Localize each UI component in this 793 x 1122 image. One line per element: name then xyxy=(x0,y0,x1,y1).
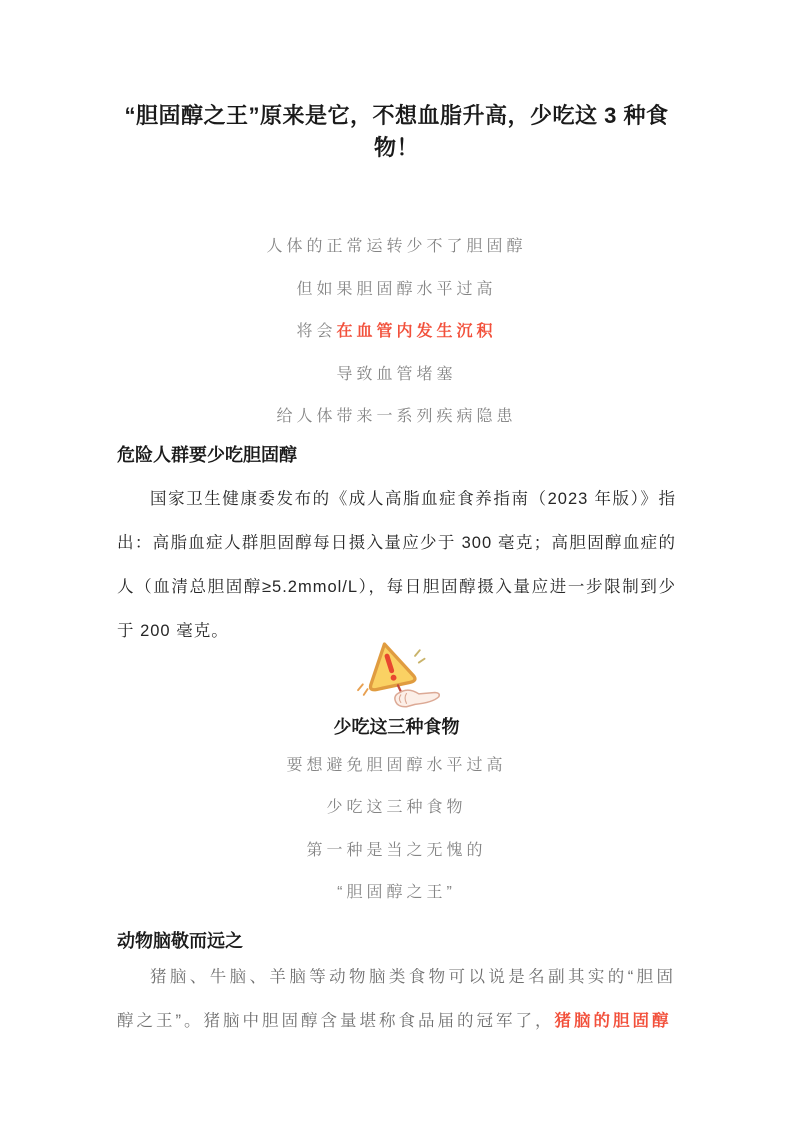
risk-paragraph: 国家卫生健康委发布的《成人高脂血症食养指南（2023 年版）》指出：高脂血症人群… xyxy=(117,477,676,653)
hand-icon xyxy=(394,690,438,707)
foods-line: 要想避免胆固醇水平过高 xyxy=(117,745,676,788)
red-highlight-text: 在血管内发生沉积 xyxy=(337,323,497,340)
section-heading-risk: 危险人群要少吃胆固醇 xyxy=(117,443,676,467)
warning-triangle-icon xyxy=(362,639,415,690)
intro-line: 人体的正常运转少不了胆固醇 xyxy=(117,226,676,269)
foods-stanza: 要想避免胆固醇水平过高 少吃这三种食物 第一种是当之无愧的 “胆固醇之王” xyxy=(117,745,676,915)
intro-line: 但如果胆固醇水平过高 xyxy=(117,269,676,312)
intro-line: 将会在血管内发生沉积 xyxy=(117,311,676,354)
intro-line-prefix: 将会 xyxy=(296,323,336,340)
intro-line: 给人体带来一系列疾病隐患 xyxy=(117,396,676,439)
foods-line: 少吃这三种食物 xyxy=(117,787,676,830)
article-title: “胆固醇之王”原来是它，不想血脂升高，少吃这 3 种食物！ xyxy=(117,0,676,164)
article-page: “胆固醇之王”原来是它，不想血脂升高，少吃这 3 种食物！ 人体的正常运转少不了… xyxy=(0,0,793,1122)
red-highlight-text: 猪脑的胆固醇 xyxy=(555,1012,672,1030)
intro-stanza: 人体的正常运转少不了胆固醇 但如果胆固醇水平过高 将会在血管内发生沉积 导致血管… xyxy=(117,226,676,439)
section-heading-foods: 少吃这三种食物 xyxy=(117,715,676,739)
brain-paragraph: 猪脑、牛脑、羊脑等动物脑类食物可以说是名副其实的“胆固醇之王”。猪脑中胆固醇含量… xyxy=(117,955,676,1043)
intro-line: 导致血管堵塞 xyxy=(117,354,676,397)
section-heading-brain: 动物脑敬而远之 xyxy=(117,929,676,953)
foods-line: 第一种是当之无愧的 xyxy=(117,830,676,873)
foods-line: “胆固醇之王” xyxy=(117,872,676,915)
warning-triangle-in-hand-icon xyxy=(351,635,443,711)
